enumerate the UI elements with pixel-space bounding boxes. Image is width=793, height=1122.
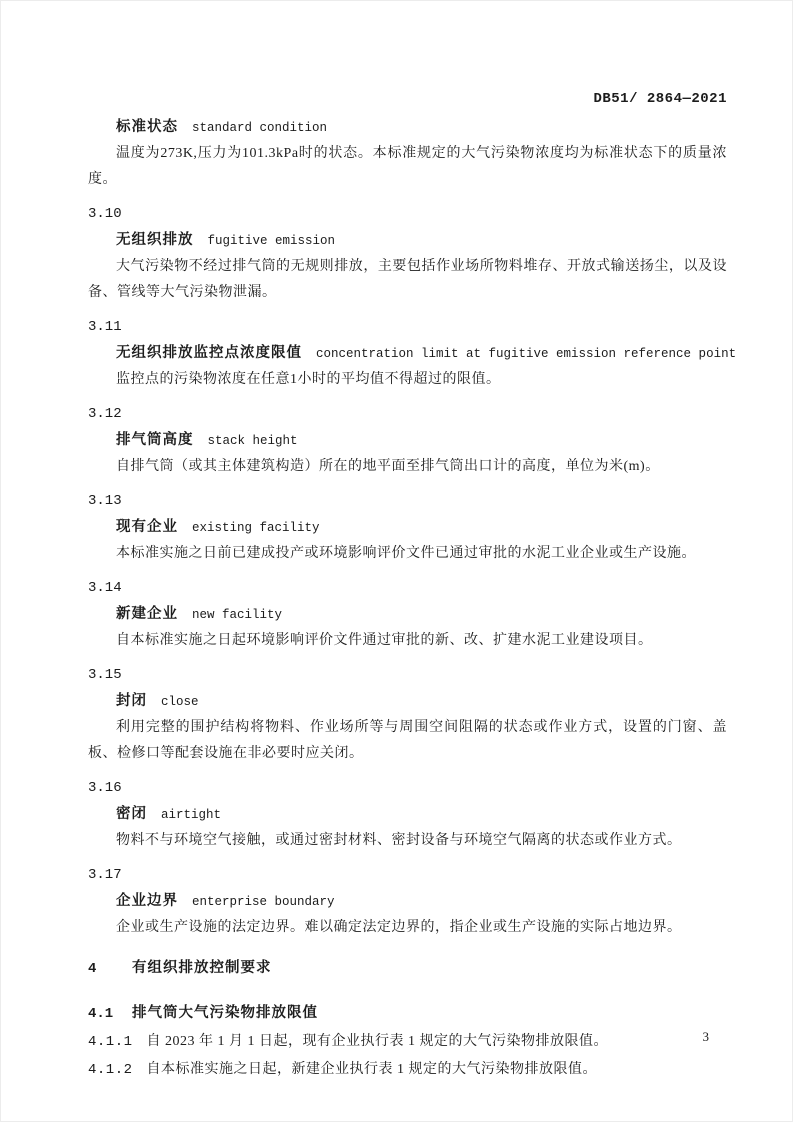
sub-heading: 4.1排气筒大气污染物排放限值: [88, 1000, 727, 1027]
term-line: 无组织排放监控点浓度限值concentration limit at fugit…: [88, 340, 727, 367]
term-en: stack height: [208, 434, 298, 448]
term-en: enterprise boundary: [192, 895, 335, 909]
term-line: 新建企业new facility: [88, 601, 727, 628]
term-block: 3.13 现有企业existing facility 本标准实施之日前已建成投产…: [88, 488, 727, 567]
term-line: 现有企业existing facility: [88, 514, 727, 541]
term-zh: 密闭: [116, 806, 147, 822]
section-number: 3.11: [88, 314, 727, 340]
sub-heading-title: 排气筒大气污染物排放限值: [132, 1005, 318, 1021]
term-en: airtight: [161, 808, 221, 822]
term-definition: 物料不与环境空气接触，或通过密封材料、密封设备与环境空气隔离的状态或作业方式。: [88, 828, 727, 854]
term-zh: 标准状态: [116, 119, 178, 135]
term-en: existing facility: [192, 521, 320, 535]
section-number: 3.13: [88, 488, 727, 514]
term-en: concentration limit at fugitive emission…: [316, 347, 736, 361]
section-number: 3.14: [88, 575, 727, 601]
term-zh: 无组织排放: [116, 232, 194, 248]
term-zh: 现有企业: [116, 519, 178, 535]
clause-text: 自 2023 年 1 月 1 日起，现有企业执行表 1 规定的大气污染物排放限值…: [147, 1034, 609, 1049]
clause: 4.1.1自 2023 年 1 月 1 日起，现有企业执行表 1 规定的大气污染…: [88, 1029, 727, 1055]
clause-number: 4.1.1: [88, 1034, 133, 1050]
clause: 4.1.2自本标准实施之日起，新建企业执行表 1 规定的大气污染物排放限值。: [88, 1057, 727, 1083]
term-en: fugitive emission: [208, 234, 336, 248]
chapter-heading: 4有组织排放控制要求: [88, 955, 727, 982]
term-en: close: [161, 695, 199, 709]
term-line: 封闭close: [88, 688, 727, 715]
term-block: 3.17 企业边界enterprise boundary 企业或生产设施的法定边…: [88, 862, 727, 941]
term-definition: 自排气筒（或其主体建筑构造）所在的地平面至排气筒出口计的高度，单位为米(m)。: [88, 454, 727, 480]
standard-code: DB51/ 2864—2021: [88, 90, 727, 108]
term-zh: 新建企业: [116, 606, 178, 622]
term-block: 3.10 无组织排放fugitive emission 大气污染物不经过排气筒的…: [88, 201, 727, 306]
term-zh: 企业边界: [116, 893, 178, 909]
term-zh: 无组织排放监控点浓度限值: [116, 345, 302, 361]
sub-heading-number: 4.1: [88, 1001, 132, 1027]
term-definition: 大气污染物不经过排气筒的无规则排放，主要包括作业场所物料堆存、开放式输送扬尘，以…: [88, 254, 727, 306]
term-line: 排气筒高度stack height: [88, 427, 727, 454]
term-line: 标准状态standard condition: [88, 114, 727, 141]
term-block: 3.16 密闭airtight 物料不与环境空气接触，或通过密封材料、密封设备与…: [88, 775, 727, 854]
term-definition: 监控点的污染物浓度在任意1小时的平均值不得超过的限值。: [88, 367, 727, 393]
section-number: 3.10: [88, 201, 727, 227]
term-block: 3.11 无组织排放监控点浓度限值concentration limit at …: [88, 314, 727, 393]
term-block: 3.12 排气筒高度stack height 自排气筒（或其主体建筑构造）所在的…: [88, 401, 727, 480]
term-line: 企业边界enterprise boundary: [88, 888, 727, 915]
term-zh: 排气筒高度: [116, 432, 194, 448]
section-number: 3.17: [88, 862, 727, 888]
section-number: 3.16: [88, 775, 727, 801]
chapter-title: 有组织排放控制要求: [132, 960, 272, 976]
term-en: new facility: [192, 608, 282, 622]
page-number: 3: [703, 1028, 710, 1046]
term-definition: 本标准实施之日前已建成投产或环境影响评价文件已通过审批的水泥工业企业或生产设施。: [88, 541, 727, 567]
term-line: 无组织排放fugitive emission: [88, 227, 727, 254]
clause-number: 4.1.2: [88, 1062, 133, 1078]
section-number: 3.12: [88, 401, 727, 427]
term-definition: 企业或生产设施的法定边界。难以确定法定边界的，指企业或生产设施的实际占地边界。: [88, 915, 727, 941]
chapter-number: 4: [88, 956, 132, 982]
term-line: 密闭airtight: [88, 801, 727, 828]
term-block: 3.14 新建企业new facility 自本标准实施之日起环境影响评价文件通…: [88, 575, 727, 654]
term-definition: 利用完整的围护结构将物料、作业场所等与周围空间阻隔的状态或作业方式，设置的门窗、…: [88, 715, 727, 767]
section-number: 3.15: [88, 662, 727, 688]
term-definition: 自本标准实施之日起环境影响评价文件通过审批的新、改、扩建水泥工业建设项目。: [88, 628, 727, 654]
term-block: 标准状态standard condition 温度为273K,压力为101.3k…: [88, 114, 727, 193]
clause-text: 自本标准实施之日起，新建企业执行表 1 规定的大气污染物排放限值。: [147, 1062, 598, 1077]
term-en: standard condition: [192, 121, 327, 135]
term-zh: 封闭: [116, 693, 147, 709]
term-definition: 温度为273K,压力为101.3kPa时的状态。本标准规定的大气污染物浓度均为标…: [88, 141, 727, 193]
document-page: DB51/ 2864—2021 标准状态standard condition 温…: [0, 0, 793, 1122]
term-block: 3.15 封闭close 利用完整的围护结构将物料、作业场所等与周围空间阻隔的状…: [88, 662, 727, 767]
